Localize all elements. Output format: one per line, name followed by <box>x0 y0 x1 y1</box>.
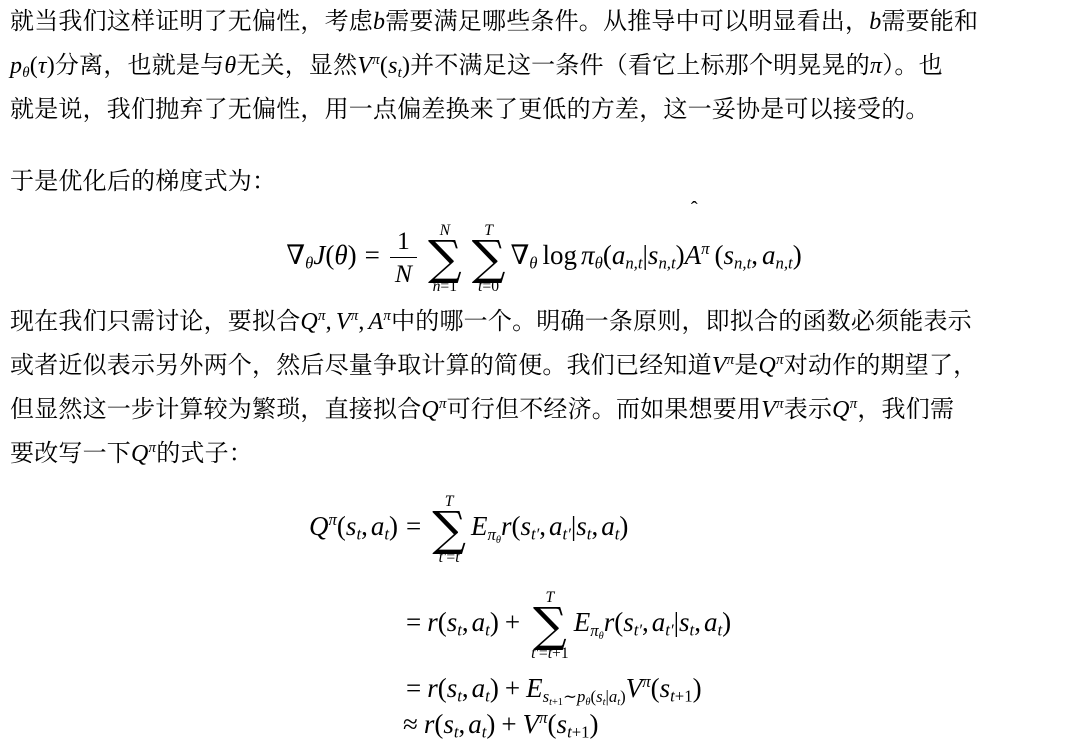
equation-lhs: Qπ(st,at) <box>270 478 398 574</box>
text-line: 现在我们只需讨论，要拟合Qπ,Vπ,Aπ中的哪一个。明确一条原则，即拟合的函数必… <box>10 300 977 344</box>
document: 就当我们这样证明了无偏性，考虑b需要满足哪些条件。从推导中可以明显看出，b需要能… <box>0 0 1088 754</box>
equation-policy-gradient: ∇θJ(θ)=1NN∑n=1T∑t=0∇θlogπθ(an,t|sn,t)Aˆπ… <box>0 210 1088 300</box>
equation-row: Qπ(st,at)=T∑t′=tEπθr(st′,at′|st,at) <box>270 478 731 574</box>
text-line: 或者近似表示另外两个，然后尽量争取计算的简便。我们已经知道Vπ是Qπ对动作的期望… <box>10 344 977 388</box>
text-line: 要改写一下Qπ的式子： <box>10 432 977 476</box>
paragraph-fitting-choice: 现在我们只需讨论，要拟合Qπ,Vπ,Aπ中的哪一个。明确一条原则，即拟合的函数必… <box>10 300 977 476</box>
equation-row: ≈r(st,at)+Vπ(st+1) <box>270 706 731 742</box>
equation-row: =r(st,at)+Est+1∼pθ(st|at)Vπ(st+1) <box>270 670 731 706</box>
text-line: pθ(τ)分离，也就是与θ无关，显然Vπ(st)并不满足这一条件（看它上标那个明… <box>10 44 978 88</box>
paragraph-gradient-intro: 于是优化后的梯度式为： <box>10 160 276 204</box>
paragraph-bias-tradeoff: 就当我们这样证明了无偏性，考虑b需要满足哪些条件。从推导中可以明显看出，b需要能… <box>10 0 978 132</box>
equation-rhs: =r(st,at)+T∑t′=t+1Eπθr(st′,at′|st,at) <box>398 607 731 637</box>
text-line: 就是说，我们抛弃了无偏性，用一点偏差换来了更低的方差，这一妥协是可以接受的。 <box>10 88 978 132</box>
text-line: 于是优化后的梯度式为： <box>10 160 276 204</box>
equation-row: =r(st,at)+T∑t′=t+1Eπθr(st′,at′|st,at) <box>270 574 731 670</box>
text-line: 但显然这一步计算较为繁琐，直接拟合Qπ可行但不经济。而如果想要用Vπ表示Qπ，我… <box>10 388 977 432</box>
text-line: 就当我们这样证明了无偏性，考虑b需要满足哪些条件。从推导中可以明显看出，b需要能… <box>10 0 978 44</box>
equation-rhs: =r(st,at)+Est+1∼pθ(st|at)Vπ(st+1) <box>398 673 702 703</box>
equation-q-expansion: Qπ(st,at)=T∑t′=tEπθr(st′,at′|st,at) =r(s… <box>270 478 731 742</box>
equation-rhs: =T∑t′=tEπθr(st′,at′|st,at) <box>398 511 628 541</box>
equation-rhs: ≈r(st,at)+Vπ(st+1) <box>398 709 599 739</box>
